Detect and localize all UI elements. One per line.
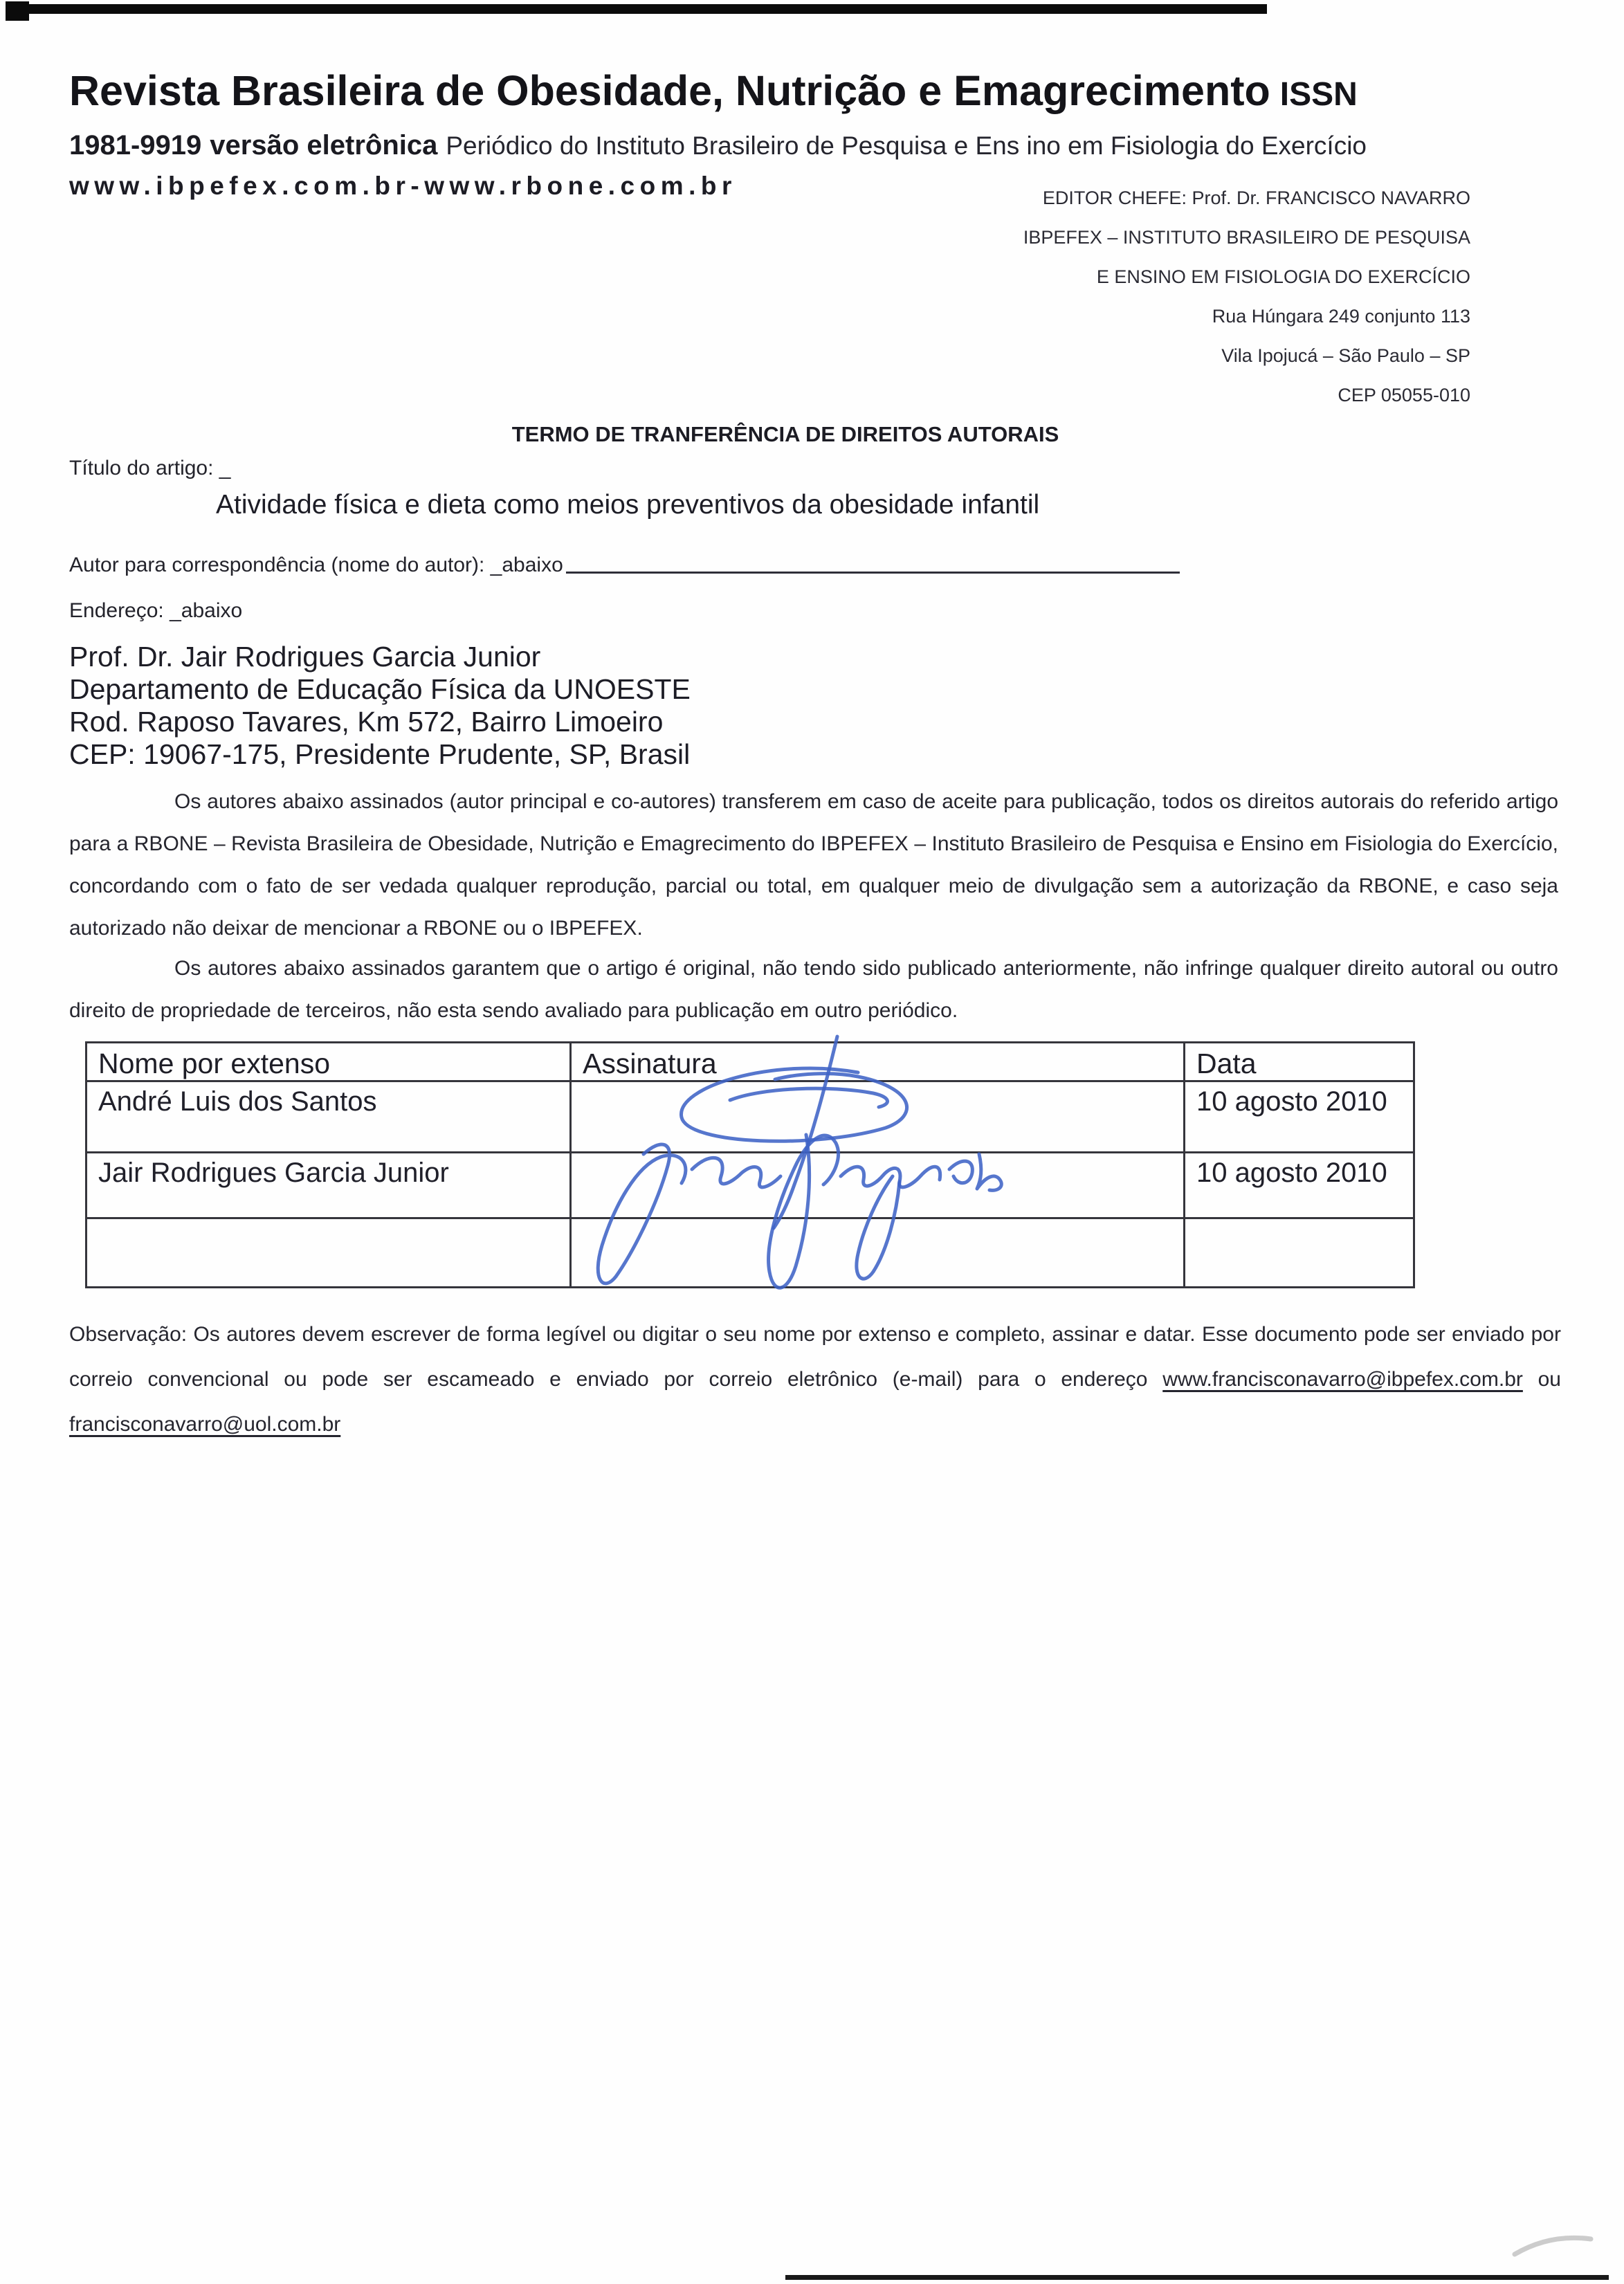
table-row: Jair Rodrigues Garcia Junior 10 agosto 2… xyxy=(86,1153,1414,1218)
article-title-label: Título do artigo: _ xyxy=(69,457,230,480)
table-cell-signature-2 xyxy=(571,1153,1185,1218)
scan-artifact-faint-curve xyxy=(1512,2228,1595,2263)
table-cell-date-3 xyxy=(1185,1218,1414,1288)
institute-line-1: IBPEFEX – INSTITUTO BRASILEIRO DE PESQUI… xyxy=(848,218,1470,257)
journal-subtitle: 1981-9919versão eletrônicaPeriódico do I… xyxy=(69,130,1605,161)
table-cell-name-2: Jair Rodrigues Garcia Junior xyxy=(86,1153,571,1218)
street-address: Rua Húngara 249 conjunto 113 xyxy=(848,297,1470,336)
table-cell-signature-1 xyxy=(571,1081,1185,1153)
corresponding-author-field: Autor para correspondência (nome do auto… xyxy=(69,554,1180,577)
observation-separator: ou xyxy=(1523,1368,1561,1391)
table-cell-name-1: André Luis dos Santos xyxy=(86,1081,571,1153)
email-link-ibpefex[interactable]: www.francisconavarro@ibpefex.com.br xyxy=(1162,1368,1523,1391)
edition-label: versão eletrônica xyxy=(210,130,437,161)
scan-artifact-top-bar xyxy=(11,4,1267,14)
transfer-terms-paragraph: Os autores abaixo assinados (autor princ… xyxy=(69,780,1558,949)
table-header-row: Nome por extenso Assinatura Data xyxy=(86,1043,1414,1081)
table-cell-date-1: 10 agosto 2010 xyxy=(1185,1081,1414,1153)
subtitle-text: Periódico do Instituto Brasileiro de Pes… xyxy=(446,131,1367,160)
signature-table: Nome por extenso Assinatura Data André L… xyxy=(85,1041,1415,1288)
scan-artifact-top-left-mark xyxy=(6,1,29,21)
table-cell-date-2: 10 agosto 2010 xyxy=(1185,1153,1414,1218)
table-cell-name-3 xyxy=(86,1218,571,1288)
corresponding-author-label: Autor para correspondência (nome do auto… xyxy=(69,554,563,577)
address-line-city: CEP: 19067-175, Presidente Prudente, SP,… xyxy=(69,738,691,771)
scanned-document-page: Revista Brasileira de Obesidade, Nutriçã… xyxy=(0,0,1624,2284)
address-field-label: Endereço: _abaixo xyxy=(69,599,242,623)
scan-artifact-bottom-bar xyxy=(785,2275,1609,2280)
correspondence-address-block: Prof. Dr. Jair Rodrigues Garcia Junior D… xyxy=(69,641,691,771)
column-header-date: Data xyxy=(1185,1043,1414,1081)
city-address: Vila Ipojucá – São Paulo – SP xyxy=(848,336,1470,376)
observation-paragraph: Observação: Os autores devem escrever de… xyxy=(69,1312,1561,1447)
email-link-uol[interactable]: francisconavarro@uol.com.br xyxy=(69,1413,340,1436)
editor-info-block: EDITOR CHEFE: Prof. Dr. FRANCISCO NAVARR… xyxy=(848,179,1470,415)
article-title-value: Atividade física e dieta como meios prev… xyxy=(216,490,1039,520)
column-header-name: Nome por extenso xyxy=(86,1043,571,1081)
originality-guarantee-paragraph: Os autores abaixo assinados garantem que… xyxy=(69,947,1558,1032)
issn-label: ISSN xyxy=(1280,76,1358,113)
journal-websites: www.ibpefex.com.br-www.rbone.com.br xyxy=(69,172,737,201)
table-row: André Luis dos Santos 10 agosto 2010 xyxy=(86,1081,1414,1153)
journal-title: Revista Brasileira de Obesidade, Nutriçã… xyxy=(69,66,1605,115)
journal-title-text: Revista Brasileira de Obesidade, Nutriçã… xyxy=(69,67,1270,114)
institute-line-2: E ENSINO EM FISIOLOGIA DO EXERCÍCIO xyxy=(848,257,1470,297)
address-line-department: Departamento de Educação Física da UNOES… xyxy=(69,673,691,706)
form-heading: TERMO DE TRANFERÊNCIA DE DIREITOS AUTORA… xyxy=(0,422,1571,447)
table-row xyxy=(86,1218,1414,1288)
editor-chief-line: EDITOR CHEFE: Prof. Dr. FRANCISCO NAVARR… xyxy=(848,179,1470,218)
issn-number: 1981-9919 xyxy=(69,130,201,161)
address-line-name: Prof. Dr. Jair Rodrigues Garcia Junior xyxy=(69,641,691,673)
table-cell-signature-3 xyxy=(571,1218,1185,1288)
postal-code: CEP 05055-010 xyxy=(848,376,1470,415)
address-line-street: Rod. Raposo Tavares, Km 572, Bairro Limo… xyxy=(69,706,691,738)
author-fill-line xyxy=(566,572,1180,574)
column-header-signature: Assinatura xyxy=(571,1043,1185,1081)
